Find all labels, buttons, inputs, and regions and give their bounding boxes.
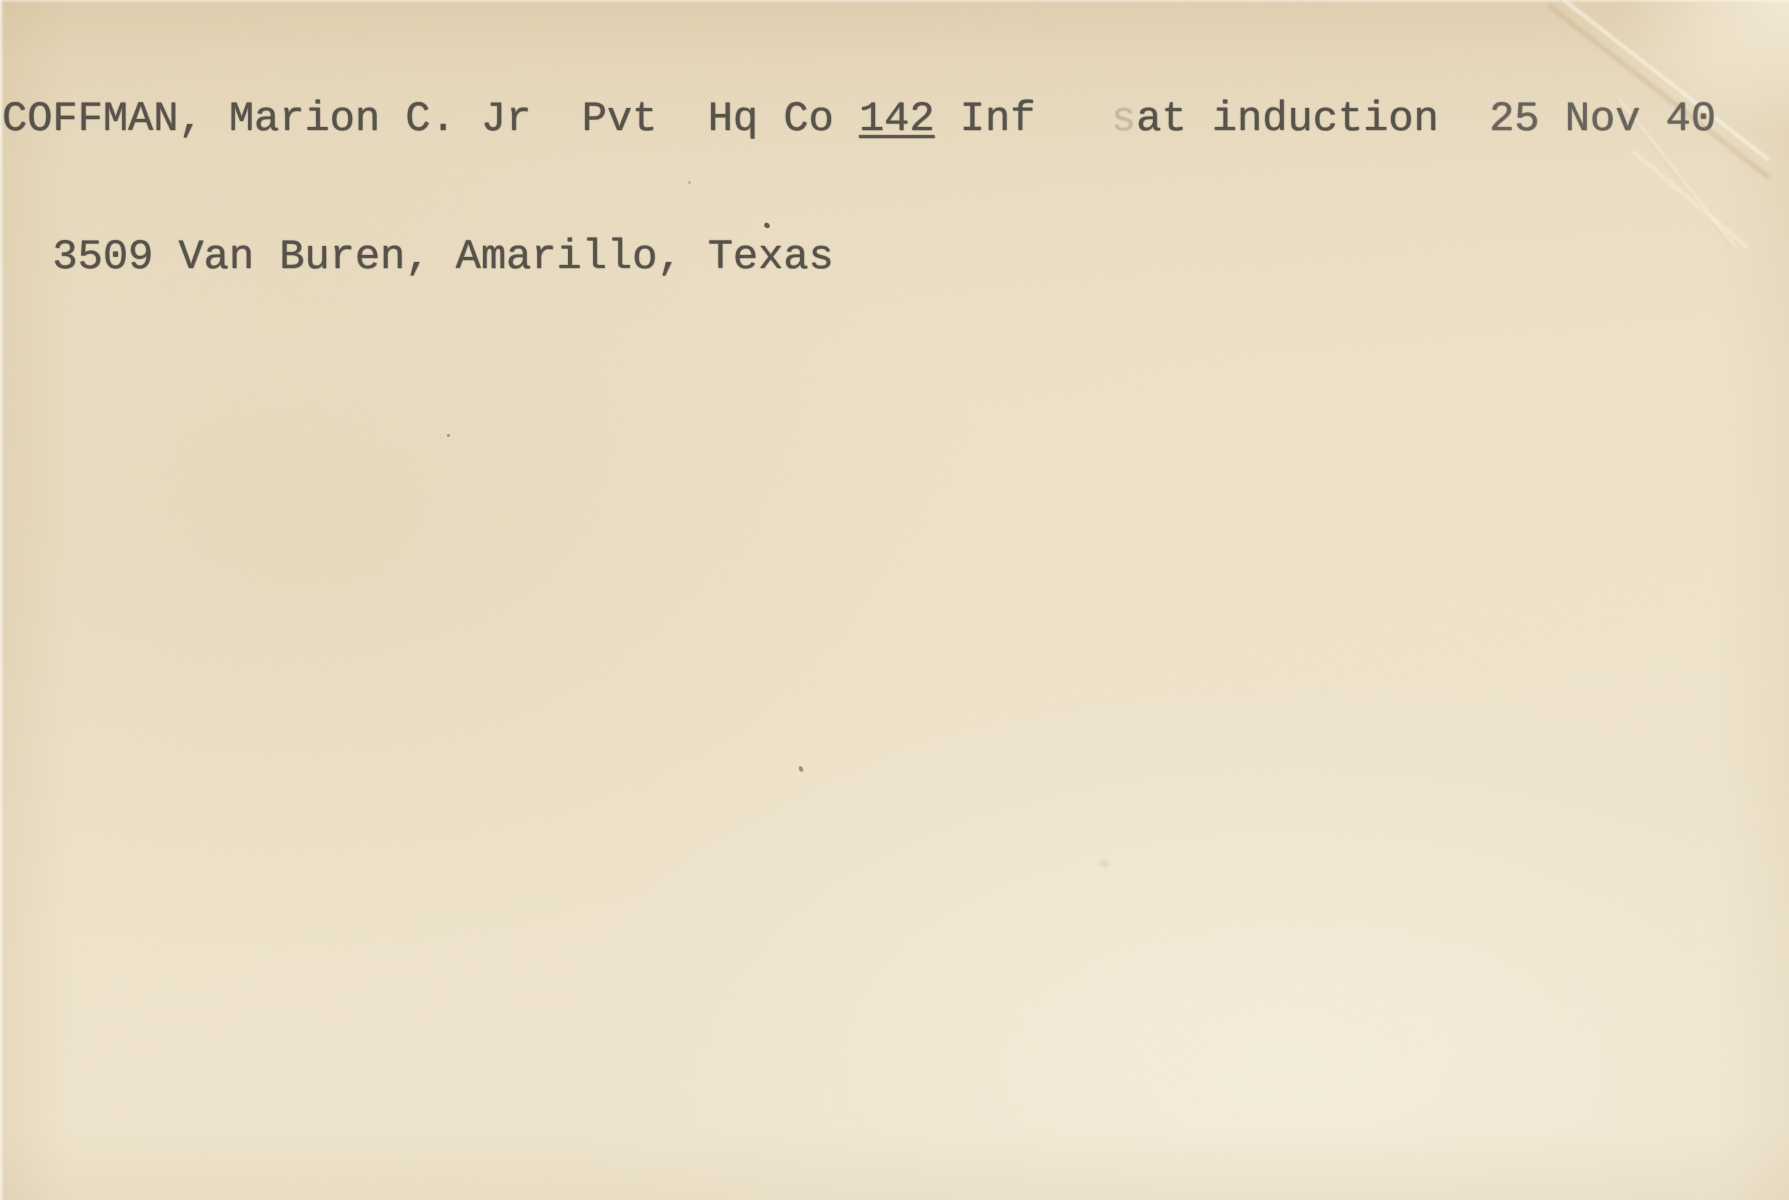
text-segment-ink: COFFMAN, Marion C. Jr Pvt Hq Co bbox=[2, 95, 859, 143]
text-segment-ink: Inf bbox=[935, 95, 1111, 143]
paper-speck bbox=[688, 181, 691, 184]
text-segment-ink-light: 25 Nov 40 bbox=[1489, 95, 1716, 143]
text-segment-ghost: s bbox=[1111, 95, 1136, 143]
card-top-edge-highlight bbox=[0, 0, 1789, 3]
paper-smudge bbox=[1100, 860, 1109, 867]
typewritten-text-block: COFFMAN, Marion C. Jr Pvt Hq Co 142 Inf … bbox=[2, 4, 1716, 372]
typed-line-address: 3509 Van Buren, Amarillo, Texas bbox=[2, 234, 1716, 280]
paper-speck bbox=[447, 434, 450, 437]
text-segment-ink: at induction bbox=[1136, 95, 1489, 143]
text-segment-ink-underline: 142 bbox=[859, 95, 935, 143]
scanned-index-card: COFFMAN, Marion C. Jr Pvt Hq Co 142 Inf … bbox=[0, 0, 1789, 1200]
typed-line-header: COFFMAN, Marion C. Jr Pvt Hq Co 142 Inf … bbox=[2, 96, 1716, 142]
